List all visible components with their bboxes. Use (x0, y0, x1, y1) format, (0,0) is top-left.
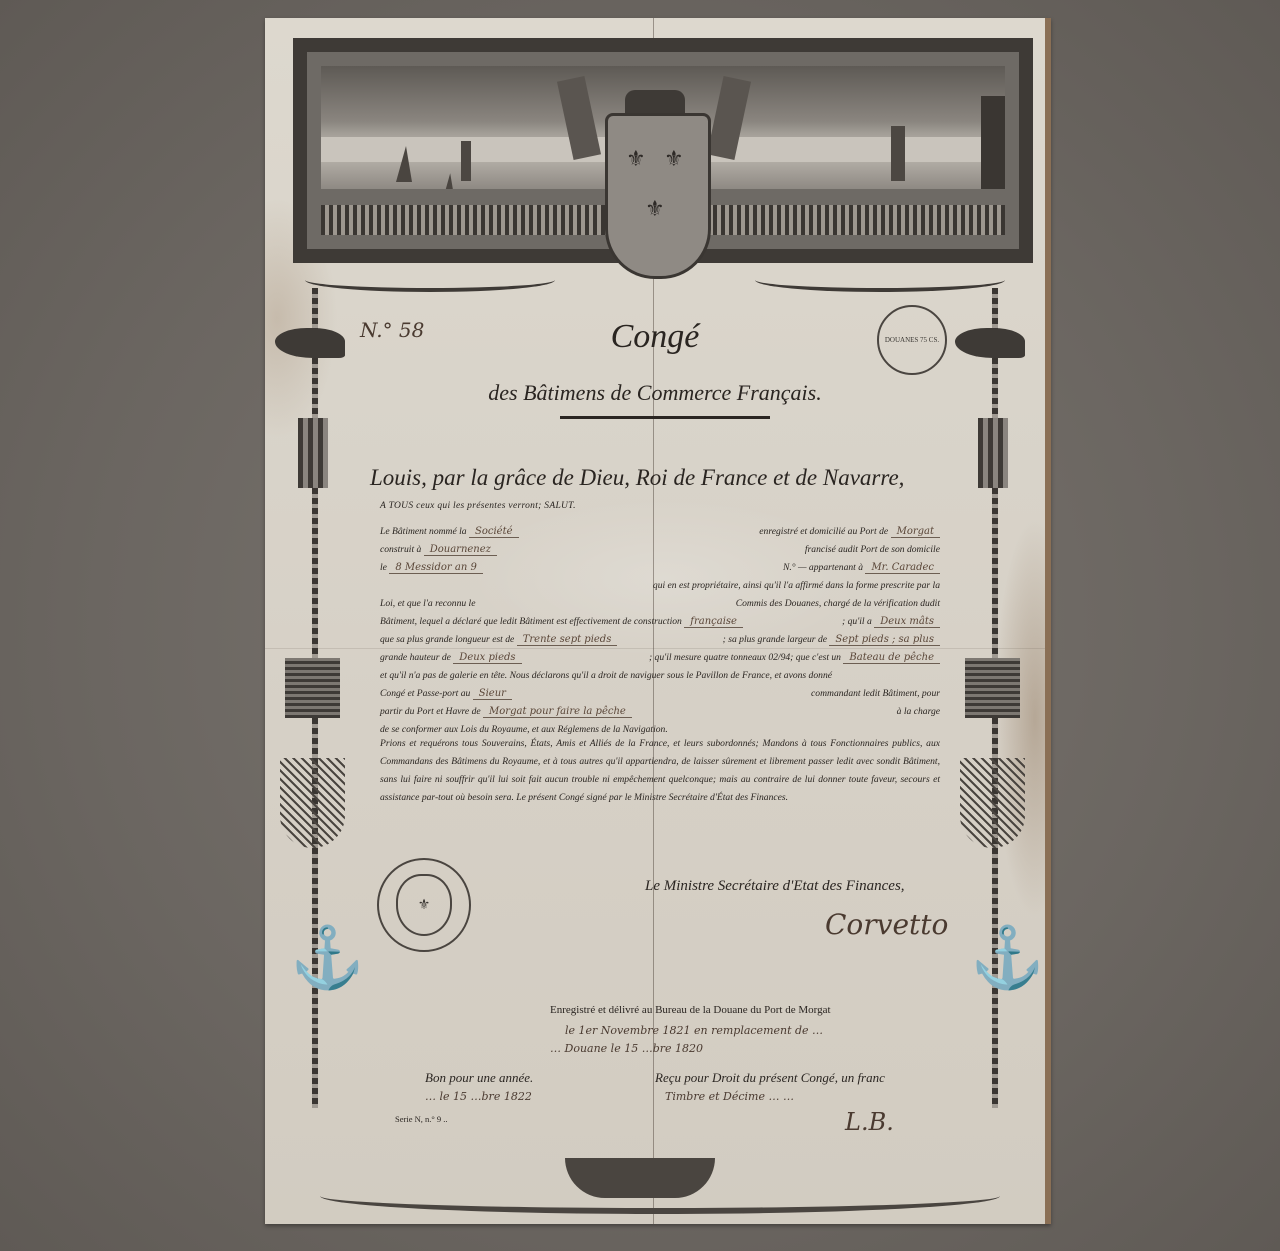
rowboat-engraving (565, 1158, 715, 1198)
form-line: Loi, et que l'a reconnu leCommis des Dou… (380, 595, 940, 613)
form-fill: Morgat pour faire la pêche (483, 706, 632, 718)
form-line: Bâtiment, lequel a déclaré que ledit Bât… (380, 613, 940, 631)
form-line: qui en est propriétaire, ainsi qu'il l'a… (380, 577, 940, 595)
anchor-icon: ⚓ (290, 928, 365, 988)
form-fill: Morgat (891, 526, 940, 538)
lighthouse-icon (461, 141, 471, 181)
form-label: francisé audit Port de son domicile (805, 541, 940, 559)
form-label: grande hauteur de (380, 652, 451, 663)
crate-ornament (965, 658, 1020, 718)
form-label: commandant ledit Bâtiment, pour (811, 685, 940, 703)
minister-title: Le Ministre Secrétaire d'Etat des Financ… (645, 878, 905, 895)
form-label: enregistré et domicilié au Port de (759, 526, 888, 537)
minister-signature: Corvetto (825, 908, 948, 941)
form-fill: Société (469, 526, 519, 538)
document-subtitle: des Bâtimens de Commerce Français. (265, 380, 1045, 406)
form-label: ; qu'il a (842, 616, 872, 627)
form-fill: française (684, 616, 743, 628)
form-line: grande hauteur de Deux pieds; qu'il mesu… (380, 649, 940, 667)
registration-note: … Douane le 15 …bre 1820 (550, 1042, 703, 1055)
ship-hull-icon (981, 96, 1005, 189)
form-label: Le Bâtiment nommé la (380, 526, 467, 537)
form-fill: Deux mâts (874, 616, 940, 628)
validity-statement: Bon pour une année. (425, 1070, 533, 1086)
validity-note: … le 15 …bre 1822 (425, 1090, 532, 1103)
fishing-net-ornament (280, 758, 345, 848)
form-body: Le Bâtiment nommé la Sociétéenregistré e… (380, 523, 940, 739)
form-fill: Douarnenez (424, 544, 497, 556)
royal-coat-of-arms: ⚜ ⚜ ⚜ (605, 113, 711, 279)
banner-flag-icon (978, 418, 1008, 488)
form-label: et qu'il n'a pas de galerie en tête. Nou… (380, 667, 832, 685)
form-label: Bâtiment, lequel a déclaré que ledit Bât… (380, 616, 682, 627)
form-label: Congé et Passe-port au (380, 688, 470, 699)
request-paragraph: Prions et requérons tous Souverains, Éta… (380, 735, 940, 807)
form-label: Loi, et que l'a reconnu le (380, 595, 475, 613)
certificate-paper: ⚜ ⚜ ⚜ ⚓ ⚓ DOUANES 75 CS. ⚜ N.° 58 Congé … (265, 18, 1051, 1224)
form-label: le (380, 562, 387, 573)
form-label: construit à (380, 544, 421, 555)
form-label: ; sa plus grande largeur de (723, 634, 827, 645)
title-rule (560, 416, 770, 419)
sailboat-icon (396, 146, 412, 182)
fee-receipt-note: Timbre et Décime … … (665, 1090, 794, 1103)
anchor-icon: ⚓ (970, 928, 1045, 988)
form-fill: Sept pieds ; sa plus (829, 634, 940, 646)
document-title: Congé (265, 318, 1045, 356)
form-line: et qu'il n'a pas de galerie en tête. Nou… (380, 667, 940, 685)
fee-receipt: Reçu pour Droit du présent Congé, un fra… (655, 1070, 885, 1086)
form-label: ; qu'il mesure quatre tonneaux 02/94; qu… (649, 652, 841, 663)
royal-salutation: Louis, par la grâce de Dieu, Roi de Fran… (370, 465, 904, 491)
form-line: partir du Port et Havre de Morgat pour f… (380, 703, 940, 721)
tower-icon (891, 126, 905, 181)
registration-date: le 1er Novembre 1821 en remplacement de … (565, 1024, 823, 1037)
fleur-de-lis-icon: ⚜ (626, 146, 646, 172)
form-line: construit à Douarnenezfrancisé audit Por… (380, 541, 940, 559)
form-line: Le Bâtiment nommé la Sociétéenregistré e… (380, 523, 940, 541)
fleur-de-lis-icon: ⚜ (645, 196, 665, 222)
form-label: que sa plus grande longueur est de (380, 634, 514, 645)
form-fill: Trente sept pieds (517, 634, 618, 646)
form-line: Congé et Passe-port au Sieurcommandant l… (380, 685, 940, 703)
address-line: A TOUS ceux qui les présentes verront; S… (380, 501, 576, 511)
form-label: à la charge (897, 703, 940, 721)
series-number: Serie N, n.° 9 .. (395, 1114, 448, 1124)
form-fill: Deux pieds (453, 652, 521, 664)
fleur-de-lis-icon: ⚜ (664, 146, 684, 172)
form-fill: Bateau de pêche (843, 652, 940, 664)
fishing-net-ornament (960, 758, 1025, 848)
form-fill: 8 Messidor an 9 (389, 562, 482, 574)
form-label: qui en est propriétaire, ainsi qu'il l'a… (653, 577, 940, 595)
crate-ornament (285, 658, 340, 718)
form-fill: Sieur (473, 688, 512, 700)
form-label: partir du Port et Havre de (380, 706, 481, 717)
left-maritime-border: ⚓ (280, 288, 350, 1108)
banner-flag-icon (298, 418, 328, 488)
fleur-de-lis-shield-icon: ⚜ (396, 874, 452, 936)
form-label: N.° — appartenant à (783, 562, 863, 573)
form-line: le 8 Messidor an 9N.° — appartenant à Mr… (380, 559, 940, 577)
ministry-seal: ⚜ (377, 858, 471, 952)
registration-line: Enregistré et délivré au Bureau de la Do… (550, 1004, 831, 1016)
right-maritime-border: ⚓ (960, 288, 1030, 1108)
form-fill: Mr. Caradec (865, 562, 940, 574)
sailboat-icon (444, 173, 454, 189)
clerk-initials: L.B. (845, 1108, 894, 1136)
form-line: que sa plus grande longueur est de Trent… (380, 631, 940, 649)
form-label: Commis des Douanes, chargé de la vérific… (736, 595, 940, 613)
